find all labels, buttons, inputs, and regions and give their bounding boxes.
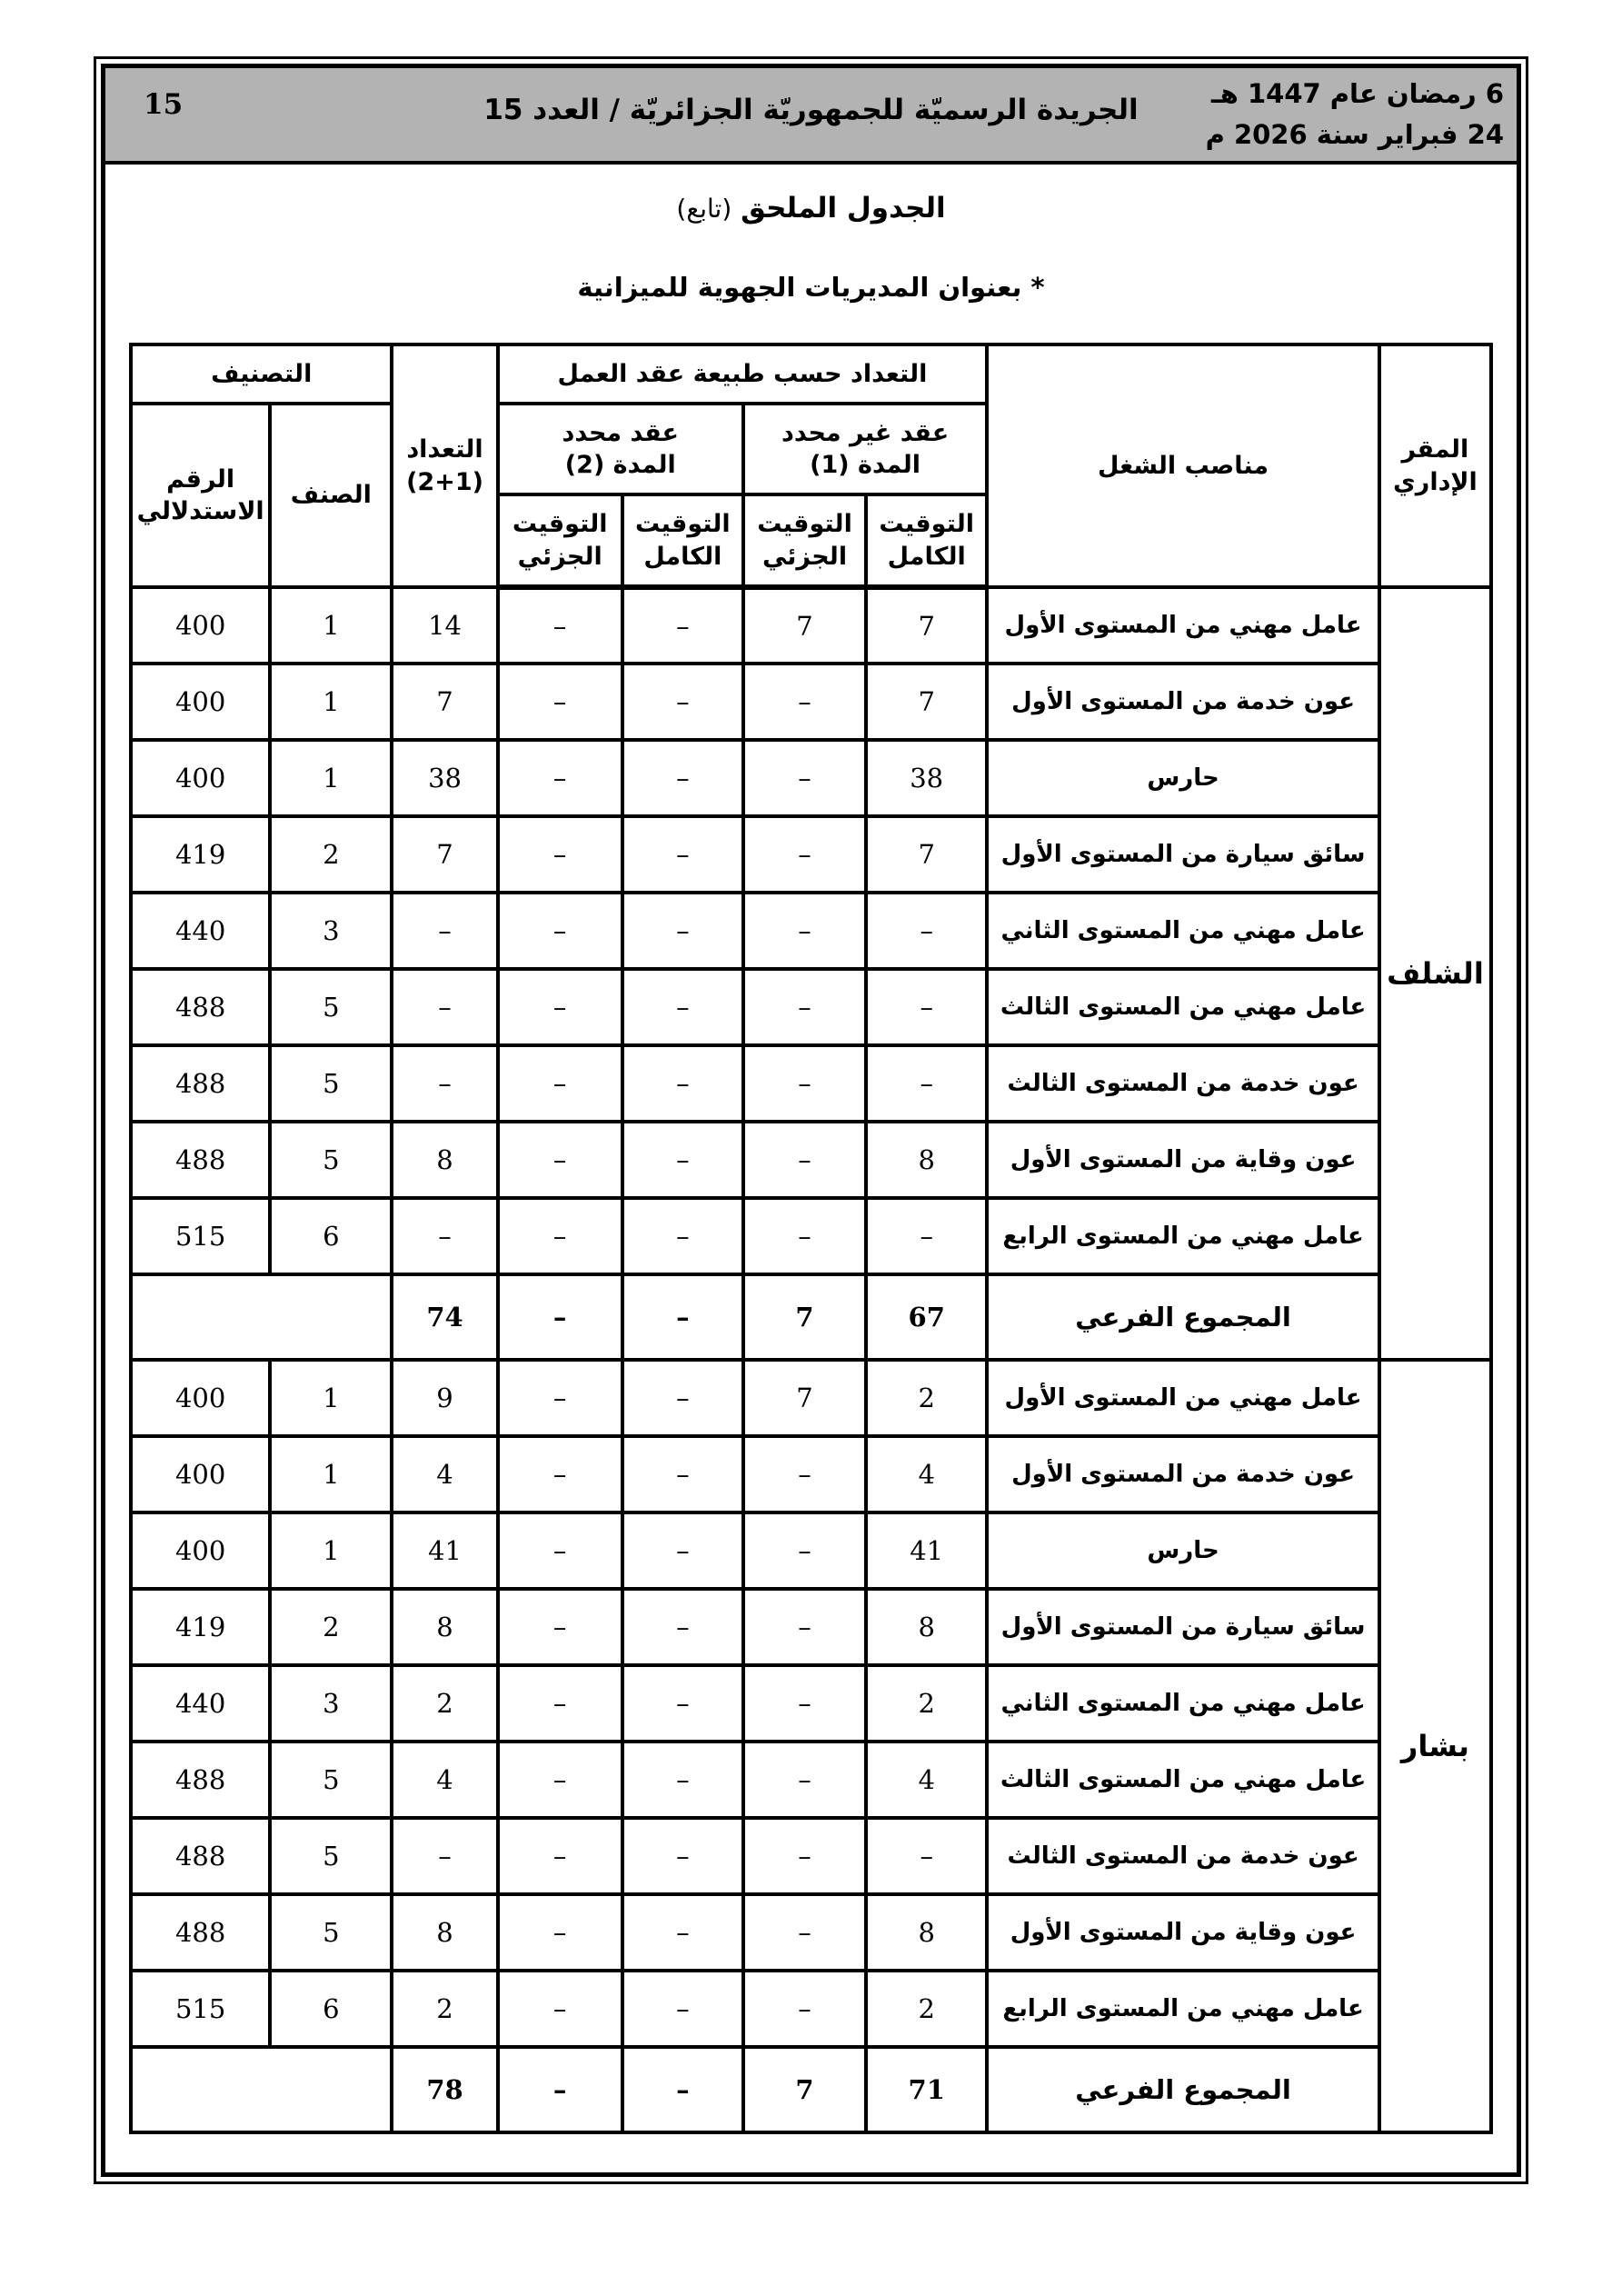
fixed-part-time-cell: – bbox=[498, 1274, 622, 1360]
total-count-cell: 7 bbox=[392, 664, 497, 740]
job-title-cell: عون خدمة من المستوى الثالث bbox=[987, 1818, 1379, 1894]
header-classification: التصنيف bbox=[131, 344, 392, 404]
open-full-time-cell: 67 bbox=[866, 1274, 987, 1360]
table-row: عامل مهني من المستوى الثالث–––––5488 bbox=[131, 969, 1491, 1045]
index-number-cell: 419 bbox=[131, 1589, 270, 1665]
open-full-time-cell: 2 bbox=[866, 1665, 987, 1742]
table-row: عون خدمة من المستوى الأول7–––71400 bbox=[131, 664, 1491, 740]
page-frame-outer: 15 الجريدة الرسميّة للجمهوريّة الجزائريّ… bbox=[94, 56, 1528, 2184]
job-title-cell: عون خدمة من المستوى الأول bbox=[987, 1436, 1379, 1512]
table-row: بشارعامل مهني من المستوى الأول27––91400 bbox=[131, 1360, 1491, 1436]
total-count-cell: 8 bbox=[392, 1122, 497, 1198]
header-open-contract: عقد غير محدد المدة (1) bbox=[743, 404, 987, 494]
table-header: المقر الإداري مناصب الشغل التعداد حسب طب… bbox=[131, 344, 1491, 587]
header-open-full-time: التوقيت الكامل bbox=[866, 494, 987, 587]
total-count-cell: 38 bbox=[392, 740, 497, 816]
index-number-cell: 488 bbox=[131, 969, 270, 1045]
table-row: عون خدمة من المستوى الثالث–––––5488 bbox=[131, 1818, 1491, 1894]
date-gregorian: 24 فبراير سنة 2026 م bbox=[1206, 115, 1504, 155]
open-full-time-cell: 4 bbox=[866, 1742, 987, 1818]
total-count-cell: 8 bbox=[392, 1894, 497, 1971]
category-cell: 3 bbox=[270, 893, 392, 969]
category-cell: 6 bbox=[270, 1198, 392, 1274]
category-cell: 1 bbox=[270, 1360, 392, 1436]
job-title-cell: عامل مهني من المستوى الثاني bbox=[987, 893, 1379, 969]
fixed-part-time-cell: – bbox=[498, 893, 622, 969]
index-number-cell: 400 bbox=[131, 740, 270, 816]
region-cell: الشلف bbox=[1379, 587, 1491, 1360]
issue-dates: 6 رمضان عام 1447 هـ 24 فبراير سنة 2026 م bbox=[1206, 74, 1504, 155]
index-number-cell: 400 bbox=[131, 587, 270, 664]
open-full-time-cell: – bbox=[866, 893, 987, 969]
total-count-cell: – bbox=[392, 1045, 497, 1122]
header-fixed-contract: عقد محدد المدة (2) bbox=[498, 404, 743, 494]
category-cell: 5 bbox=[270, 969, 392, 1045]
fixed-part-time-cell: – bbox=[498, 1360, 622, 1436]
job-title-cell: عون خدمة من المستوى الأول bbox=[987, 664, 1379, 740]
category-cell: 3 bbox=[270, 1665, 392, 1742]
index-number-cell: 400 bbox=[131, 1436, 270, 1512]
table-row: عامل مهني من المستوى الثاني–––––3440 bbox=[131, 893, 1491, 969]
job-title-cell: عون وقاية من المستوى الأول bbox=[987, 1894, 1379, 1971]
subtotal-empty-cell bbox=[131, 1274, 392, 1360]
fixed-part-time-cell: – bbox=[498, 1589, 622, 1665]
open-full-time-cell: 7 bbox=[866, 664, 987, 740]
fixed-full-time-cell: – bbox=[622, 1818, 743, 1894]
total-count-cell: – bbox=[392, 1818, 497, 1894]
category-cell: 1 bbox=[270, 1512, 392, 1589]
total-count-cell: 14 bbox=[392, 587, 497, 664]
job-title-cell: حارس bbox=[987, 1512, 1379, 1589]
category-cell: 5 bbox=[270, 1122, 392, 1198]
table-row: عون وقاية من المستوى الأول8–––85488 bbox=[131, 1894, 1491, 1971]
open-part-time-cell: 7 bbox=[743, 587, 866, 664]
total-count-cell: – bbox=[392, 893, 497, 969]
category-cell: 5 bbox=[270, 1894, 392, 1971]
open-full-time-cell: 7 bbox=[866, 816, 987, 893]
document-title: الجدول الملحق (تابع) bbox=[105, 192, 1517, 225]
open-part-time-cell: – bbox=[743, 1122, 866, 1198]
header-admin-hq: المقر الإداري bbox=[1379, 344, 1491, 587]
fixed-part-time-cell: – bbox=[498, 1894, 622, 1971]
open-full-time-cell: 8 bbox=[866, 1894, 987, 1971]
job-title-cell: عامل مهني من المستوى الثاني bbox=[987, 1665, 1379, 1742]
subtotal-row: المجموع الفرعي717––78 bbox=[131, 2047, 1491, 2132]
open-part-time-cell: – bbox=[743, 1665, 866, 1742]
fixed-part-time-cell: – bbox=[498, 1665, 622, 1742]
subtotal-label-cell: المجموع الفرعي bbox=[987, 1274, 1379, 1360]
open-part-time-cell: – bbox=[743, 1198, 866, 1274]
total-count-cell: 41 bbox=[392, 1512, 497, 1589]
open-part-time-cell: – bbox=[743, 664, 866, 740]
page-frame-inner: 15 الجريدة الرسميّة للجمهوريّة الجزائريّ… bbox=[101, 64, 1521, 2177]
fixed-full-time-cell: – bbox=[622, 2047, 743, 2132]
fixed-full-time-cell: – bbox=[622, 1512, 743, 1589]
fixed-part-time-cell: – bbox=[498, 1971, 622, 2047]
category-cell: 5 bbox=[270, 1045, 392, 1122]
fixed-part-time-cell: – bbox=[498, 969, 622, 1045]
header-count-by-contract: التعداد حسب طبيعة عقد العمل bbox=[498, 344, 988, 404]
fixed-part-time-cell: – bbox=[498, 1198, 622, 1274]
job-title-cell: عامل مهني من المستوى الرابع bbox=[987, 1198, 1379, 1274]
open-part-time-cell: – bbox=[743, 1818, 866, 1894]
table-row: عامل مهني من المستوى الثالث4–––45488 bbox=[131, 1742, 1491, 1818]
staff-table: المقر الإداري مناصب الشغل التعداد حسب طب… bbox=[129, 343, 1493, 2134]
fixed-full-time-cell: – bbox=[622, 1971, 743, 2047]
fixed-full-time-cell: – bbox=[622, 587, 743, 664]
subtotal-absent-area bbox=[131, 2047, 392, 2132]
fixed-full-time-cell: – bbox=[622, 1665, 743, 1742]
total-count-cell: 2 bbox=[392, 1971, 497, 2047]
open-part-time-cell: – bbox=[743, 740, 866, 816]
job-title-cell: سائق سيارة من المستوى الأول bbox=[987, 1589, 1379, 1665]
masthead-band: 15 الجريدة الرسميّة للجمهوريّة الجزائريّ… bbox=[105, 68, 1517, 165]
fixed-part-time-cell: – bbox=[498, 587, 622, 664]
open-full-time-cell: – bbox=[866, 1198, 987, 1274]
fixed-full-time-cell: – bbox=[622, 1045, 743, 1122]
header-total-count: التعداد (2+1) bbox=[392, 344, 497, 587]
index-number-cell: 400 bbox=[131, 664, 270, 740]
open-part-time-cell: – bbox=[743, 1045, 866, 1122]
index-number-cell: 488 bbox=[131, 1122, 270, 1198]
open-full-time-cell: 8 bbox=[866, 1589, 987, 1665]
fixed-part-time-cell: – bbox=[498, 664, 622, 740]
job-title-cell: عامل مهني من المستوى الرابع bbox=[987, 1971, 1379, 2047]
category-cell: 5 bbox=[270, 1742, 392, 1818]
table-row: عامل مهني من المستوى الثاني2–––23440 bbox=[131, 1665, 1491, 1742]
job-title-cell: عامل مهني من المستوى الأول bbox=[987, 587, 1379, 664]
index-number-cell: 488 bbox=[131, 1742, 270, 1818]
index-number-cell: 488 bbox=[131, 1894, 270, 1971]
fixed-full-time-cell: – bbox=[622, 893, 743, 969]
fixed-full-time-cell: – bbox=[622, 1589, 743, 1665]
fixed-full-time-cell: – bbox=[622, 1274, 743, 1360]
fixed-part-time-cell: – bbox=[498, 1818, 622, 1894]
open-part-time-cell: – bbox=[743, 1742, 866, 1818]
category-cell: 5 bbox=[270, 1818, 392, 1894]
open-part-time-cell: – bbox=[743, 1971, 866, 2047]
document-title-text: الجدول الملحق bbox=[741, 192, 945, 225]
total-count-cell: 2 bbox=[392, 1665, 497, 1742]
table-row: الشلفعامل مهني من المستوى الأول77––14140… bbox=[131, 587, 1491, 664]
header-fixed-part-time: التوقيت الجزئي bbox=[498, 494, 622, 587]
category-cell: 1 bbox=[270, 1436, 392, 1512]
category-cell: 1 bbox=[270, 587, 392, 664]
category-cell: 2 bbox=[270, 1589, 392, 1665]
index-number-cell: 488 bbox=[131, 1818, 270, 1894]
header-index-number: الرقم الاستدلالي bbox=[131, 404, 270, 587]
open-full-time-cell: 2 bbox=[866, 1360, 987, 1436]
fixed-full-time-cell: – bbox=[622, 664, 743, 740]
subtotal-row: المجموع الفرعي677––74 bbox=[131, 1274, 1491, 1360]
table-row: سائق سيارة من المستوى الأول8–––82419 bbox=[131, 1589, 1491, 1665]
table-row: حارس41–––411400 bbox=[131, 1512, 1491, 1589]
open-full-time-cell: 4 bbox=[866, 1436, 987, 1512]
fixed-full-time-cell: – bbox=[622, 1894, 743, 1971]
open-part-time-cell: 7 bbox=[743, 2047, 866, 2132]
fixed-full-time-cell: – bbox=[622, 1360, 743, 1436]
subtotal-label-cell: المجموع الفرعي bbox=[987, 2047, 1379, 2132]
open-part-time-cell: – bbox=[743, 816, 866, 893]
total-count-cell: 74 bbox=[392, 1274, 497, 1360]
fixed-part-time-cell: – bbox=[498, 1742, 622, 1818]
open-full-time-cell: 8 bbox=[866, 1122, 987, 1198]
fixed-part-time-cell: – bbox=[498, 1122, 622, 1198]
open-part-time-cell: 7 bbox=[743, 1274, 866, 1360]
fixed-part-time-cell: – bbox=[498, 1045, 622, 1122]
header-job-positions: مناصب الشغل bbox=[987, 344, 1379, 587]
job-title-cell: عامل مهني من المستوى الثالث bbox=[987, 969, 1379, 1045]
open-part-time-cell: – bbox=[743, 1512, 866, 1589]
category-cell: 1 bbox=[270, 664, 392, 740]
fixed-full-time-cell: – bbox=[622, 816, 743, 893]
table-row: حارس38–––381400 bbox=[131, 740, 1491, 816]
open-part-time-cell: – bbox=[743, 1436, 866, 1512]
index-number-cell: 440 bbox=[131, 893, 270, 969]
table-row: عون وقاية من المستوى الأول8–––85488 bbox=[131, 1122, 1491, 1198]
fixed-part-time-cell: – bbox=[498, 2047, 622, 2132]
index-number-cell: 419 bbox=[131, 816, 270, 893]
fixed-full-time-cell: – bbox=[622, 740, 743, 816]
fixed-full-time-cell: – bbox=[622, 1436, 743, 1512]
job-title-cell: حارس bbox=[987, 740, 1379, 816]
header-open-part-time: التوقيت الجزئي bbox=[743, 494, 866, 587]
category-cell: 6 bbox=[270, 1971, 392, 2047]
open-part-time-cell: – bbox=[743, 1589, 866, 1665]
fixed-full-time-cell: – bbox=[622, 969, 743, 1045]
fixed-part-time-cell: – bbox=[498, 1436, 622, 1512]
total-count-cell: – bbox=[392, 1198, 497, 1274]
total-count-cell: 4 bbox=[392, 1436, 497, 1512]
fixed-part-time-cell: – bbox=[498, 816, 622, 893]
header-fixed-full-time: التوقيت الكامل bbox=[622, 494, 743, 587]
index-number-cell: 400 bbox=[131, 1512, 270, 1589]
open-part-time-cell: – bbox=[743, 893, 866, 969]
page: { "masthead": { "page_number": "15", "ti… bbox=[0, 0, 1622, 2296]
index-number-cell: 488 bbox=[131, 1045, 270, 1122]
total-count-cell: 4 bbox=[392, 1742, 497, 1818]
table-row: عامل مهني من المستوى الرابع2–––26515 bbox=[131, 1971, 1491, 2047]
table-body: الشلفعامل مهني من المستوى الأول77––14140… bbox=[131, 587, 1491, 2132]
fixed-part-time-cell: – bbox=[498, 740, 622, 816]
total-count-cell: 78 bbox=[392, 2047, 497, 2132]
index-number-cell: 515 bbox=[131, 1198, 270, 1274]
fixed-full-time-cell: – bbox=[622, 1198, 743, 1274]
open-full-time-cell: – bbox=[866, 969, 987, 1045]
job-title-cell: عامل مهني من المستوى الأول bbox=[987, 1360, 1379, 1436]
table-row: عون خدمة من المستوى الأول4–––41400 bbox=[131, 1436, 1491, 1512]
total-count-cell: – bbox=[392, 969, 497, 1045]
open-full-time-cell: 2 bbox=[866, 1971, 987, 2047]
table-row: عون خدمة من المستوى الثالث–––––5488 bbox=[131, 1045, 1491, 1122]
total-count-cell: 8 bbox=[392, 1589, 497, 1665]
index-number-cell: 400 bbox=[131, 1360, 270, 1436]
open-full-time-cell: 41 bbox=[866, 1512, 987, 1589]
fixed-full-time-cell: – bbox=[622, 1122, 743, 1198]
open-part-time-cell: 7 bbox=[743, 1360, 866, 1436]
fixed-part-time-cell: – bbox=[498, 1512, 622, 1589]
table-row: سائق سيارة من المستوى الأول7–––72419 bbox=[131, 816, 1491, 893]
total-count-cell: 7 bbox=[392, 816, 497, 893]
open-part-time-cell: – bbox=[743, 969, 866, 1045]
category-cell: 2 bbox=[270, 816, 392, 893]
index-number-cell: 440 bbox=[131, 1665, 270, 1742]
job-title-cell: عون وقاية من المستوى الأول bbox=[987, 1122, 1379, 1198]
open-full-time-cell: 7 bbox=[866, 587, 987, 664]
job-title-cell: سائق سيارة من المستوى الأول bbox=[987, 816, 1379, 893]
open-part-time-cell: – bbox=[743, 1894, 866, 1971]
index-number-cell: 515 bbox=[131, 1971, 270, 2047]
open-full-time-cell: 71 bbox=[866, 2047, 987, 2132]
job-title-cell: عون خدمة من المستوى الثالث bbox=[987, 1045, 1379, 1122]
open-full-time-cell: – bbox=[866, 1818, 987, 1894]
header-category: الصنف bbox=[270, 404, 392, 587]
document-title-suffix: (تابع) bbox=[676, 194, 731, 224]
fixed-full-time-cell: – bbox=[622, 1742, 743, 1818]
date-hijri: 6 رمضان عام 1447 هـ bbox=[1206, 74, 1504, 115]
job-title-cell: عامل مهني من المستوى الثالث bbox=[987, 1742, 1379, 1818]
open-full-time-cell: 38 bbox=[866, 740, 987, 816]
region-cell: بشار bbox=[1379, 1360, 1491, 2132]
category-cell: 1 bbox=[270, 740, 392, 816]
table-row: عامل مهني من المستوى الرابع–––––6515 bbox=[131, 1198, 1491, 1274]
document-subtitle: * بعنوان المديريات الجهوية للميزانية bbox=[105, 272, 1517, 303]
open-full-time-cell: – bbox=[866, 1045, 987, 1122]
total-count-cell: 9 bbox=[392, 1360, 497, 1436]
